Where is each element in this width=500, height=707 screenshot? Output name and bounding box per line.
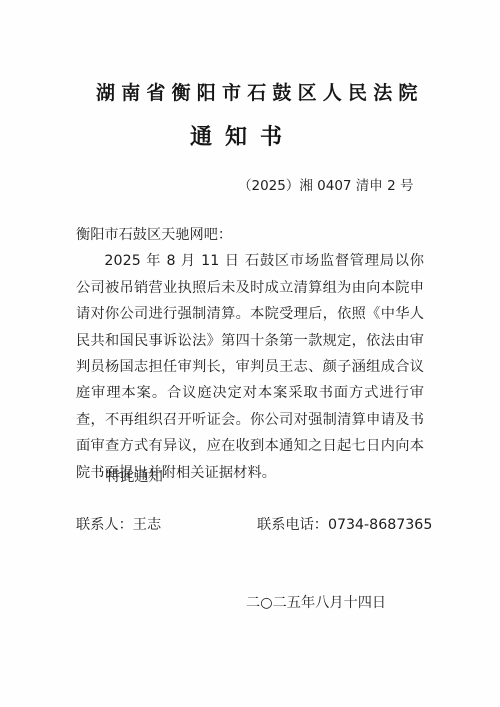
case-number: （2025）湘 0407 清申 2 号	[238, 174, 413, 194]
notice-body: 衡阳市石鼓区天驰网吧： 2025 年 8 月 11 日 石鼓区市场监督管理局以你…	[76, 222, 424, 486]
addressee: 衡阳市石鼓区天驰网吧：	[76, 222, 424, 248]
contact-person: 联系人：王志	[76, 514, 161, 534]
closing-phrase: 特此通知	[106, 466, 163, 486]
notice-page: 湖南省衡阳市石鼓区人民法院 通知书 （2025）湘 0407 清申 2 号 衡阳…	[0, 0, 500, 707]
document-title: 通知书	[190, 120, 295, 151]
contact-phone: 联系电话：0734-8687365	[257, 514, 432, 534]
notice-paragraph: 2025 年 8 月 11 日 石鼓区市场监督管理局以你公司被吊销营业执照后未及…	[76, 248, 424, 486]
court-name-heading: 湖南省衡阳市石鼓区人民法院	[96, 78, 406, 105]
issue-date: 二○二五年八月十四日	[246, 592, 386, 612]
